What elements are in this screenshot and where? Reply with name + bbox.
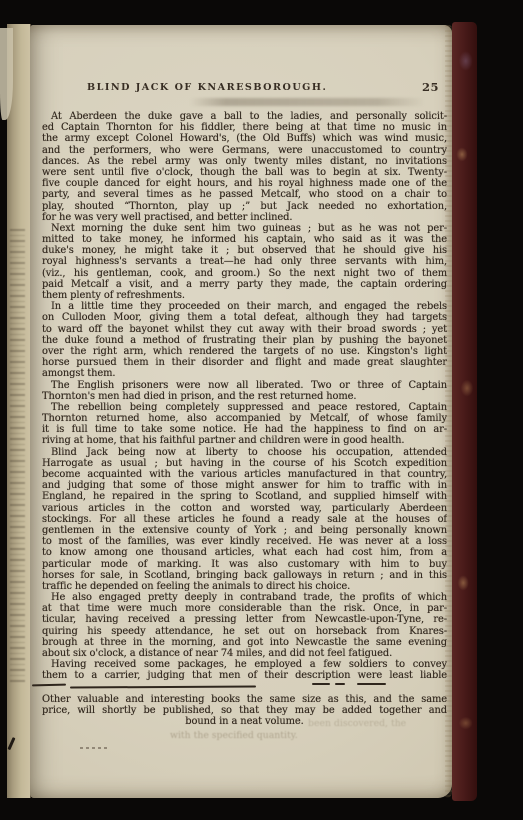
smudge-mark bbox=[80, 747, 108, 749]
text-line: it is full time to take some notice. He … bbox=[42, 424, 447, 435]
text-line: amongst them. bbox=[42, 368, 447, 379]
show-through-smudge bbox=[190, 98, 425, 106]
marbled-cover-edge bbox=[452, 22, 477, 801]
paragraph: Next morning the duke sent him two guine… bbox=[42, 223, 447, 301]
text-line: them to a carrier, judging that men of t… bbox=[42, 670, 447, 681]
text-line: and judging that some of those might ans… bbox=[42, 480, 447, 491]
text-line: brough at three in the morning, and got … bbox=[42, 637, 447, 648]
text-line: Next morning the duke sent him two guine… bbox=[42, 223, 447, 234]
paragraph: The rebellion being completely suppresse… bbox=[42, 402, 447, 447]
text-line: the duke found a method of frustrating t… bbox=[42, 335, 447, 346]
text-line: paid Metcalf a visit, and a merry party … bbox=[42, 279, 447, 290]
text-line: Harrogate as usual ; but having in the c… bbox=[42, 458, 447, 469]
text-line: to most of the families, was ever kindly… bbox=[42, 536, 447, 547]
ink-rule-dash-2 bbox=[335, 683, 345, 685]
text-line: particular mode of marking. It was also … bbox=[42, 559, 447, 570]
text-line: The English prisoners were now all liber… bbox=[42, 380, 447, 391]
text-line: Blind Jack being now at liberty to choos… bbox=[42, 447, 447, 458]
text-line: horse pursued them in their disorder and… bbox=[42, 357, 447, 368]
running-title: BLIND JACK OF KNARESBOROUGH. bbox=[87, 82, 327, 93]
text-line: to know among one thousand articles, wha… bbox=[42, 547, 447, 558]
text-line: gentlemen in the extensive county of Yor… bbox=[42, 525, 447, 536]
text-line: In a little time they proceeded on their… bbox=[42, 301, 447, 312]
text-line: mitted to take money, he informed his ca… bbox=[42, 234, 447, 245]
text-line: ticular, having received a pressing lett… bbox=[42, 614, 447, 625]
text-line: play, shouted “Thornton, play up ;” but … bbox=[42, 201, 447, 212]
text-line: become acquainted with the various artic… bbox=[42, 469, 447, 480]
text-line: price, will shortly be published, so tha… bbox=[42, 705, 447, 716]
corner-page-sliver bbox=[0, 28, 13, 120]
text-line: party, and several times as he passed Me… bbox=[42, 189, 447, 200]
text-line: at that time were much more considerable… bbox=[42, 603, 447, 614]
paragraph: Having received some packages, he employ… bbox=[42, 659, 447, 681]
text-line: Thornton returned home, also accompanied… bbox=[42, 413, 447, 424]
text-line: five couple danced for eight hours, and … bbox=[42, 178, 447, 189]
show-through-line: been discovered, the bbox=[308, 718, 406, 729]
paragraph: He also engaged pretty deeply in contrab… bbox=[42, 592, 447, 659]
body-text: At Aberdeen the duke gave a ball to the … bbox=[42, 111, 447, 682]
text-line: quiring his speedy attendance, he set ou… bbox=[42, 626, 447, 637]
ink-rule-left-b bbox=[70, 686, 256, 689]
page-edge-text-fragments bbox=[10, 229, 25, 684]
paragraph: In a little time they proceeded on their… bbox=[42, 301, 447, 379]
text-line: them plenty of refreshments. bbox=[42, 290, 447, 301]
text-line: duke's money, he might take it ; but obs… bbox=[42, 245, 447, 256]
text-line: Other valuable and interesting books the… bbox=[42, 694, 447, 705]
text-line: (viz., his gentleman, cook, and groom.) … bbox=[42, 268, 447, 279]
text-line: were sent until five o'clock, though the… bbox=[42, 167, 447, 178]
scan-background: BLIND JACK OF KNARESBOROUGH. 25 At Aberd… bbox=[0, 0, 523, 820]
text-line: for he was very well practised, and bett… bbox=[42, 212, 447, 223]
text-line: traffic he depended on feeling the anima… bbox=[42, 581, 447, 592]
text-line: stockings. For all these articles he fou… bbox=[42, 514, 447, 525]
text-line: on Culloden Moor, giving them a total de… bbox=[42, 312, 447, 323]
text-line: riving at home, that his faithful partne… bbox=[42, 435, 447, 446]
gutter-page-edge bbox=[7, 24, 31, 798]
page-header: BLIND JACK OF KNARESBOROUGH. 25 bbox=[42, 82, 447, 97]
show-through-line: with the specified quantity. bbox=[170, 730, 298, 741]
text-line: various articles in the cotton and worst… bbox=[42, 503, 447, 514]
text-line: Having received some packages, he employ… bbox=[42, 659, 447, 670]
text-line: ed Captain Thornton for his fiddler, the… bbox=[42, 122, 447, 133]
paragraph: At Aberdeen the duke gave a ball to the … bbox=[42, 111, 447, 223]
book-page: BLIND JACK OF KNARESBOROUGH. 25 At Aberd… bbox=[30, 25, 452, 798]
paragraph: The English prisoners were now all liber… bbox=[42, 380, 447, 402]
paragraph: Blind Jack being now at liberty to choos… bbox=[42, 447, 447, 592]
ink-rule-dash-1 bbox=[312, 683, 330, 685]
text-line: Thornton's men had died in prison, and t… bbox=[42, 391, 447, 402]
text-line: horses for sale, in Scotland, bringing b… bbox=[42, 570, 447, 581]
text-line: England, he repaired in the spring to Sc… bbox=[42, 491, 447, 502]
page-number: 25 bbox=[422, 80, 439, 94]
text-line: the army except Colonel Howard's, (the O… bbox=[42, 133, 447, 144]
text-line: The rebellion being completely suppresse… bbox=[42, 402, 447, 413]
ink-rule-dash-3 bbox=[357, 683, 386, 685]
text-line: to ward off the bayonet whilst they cut … bbox=[42, 324, 447, 335]
text-line: At Aberdeen the duke gave a ball to the … bbox=[42, 111, 447, 122]
ink-rule-left-a bbox=[32, 684, 66, 687]
text-line: about six o'clock, a distance of near 74… bbox=[42, 648, 447, 659]
text-line: over the right arm, which rendered the t… bbox=[42, 346, 447, 357]
text-line: dances. As the rebel army was only twent… bbox=[42, 156, 447, 167]
text-line: and the performers, who were Germans, we… bbox=[42, 145, 447, 156]
text-line: royal highness's servants a treat—he had… bbox=[42, 256, 447, 267]
text-line: He also engaged pretty deeply in contrab… bbox=[42, 592, 447, 603]
